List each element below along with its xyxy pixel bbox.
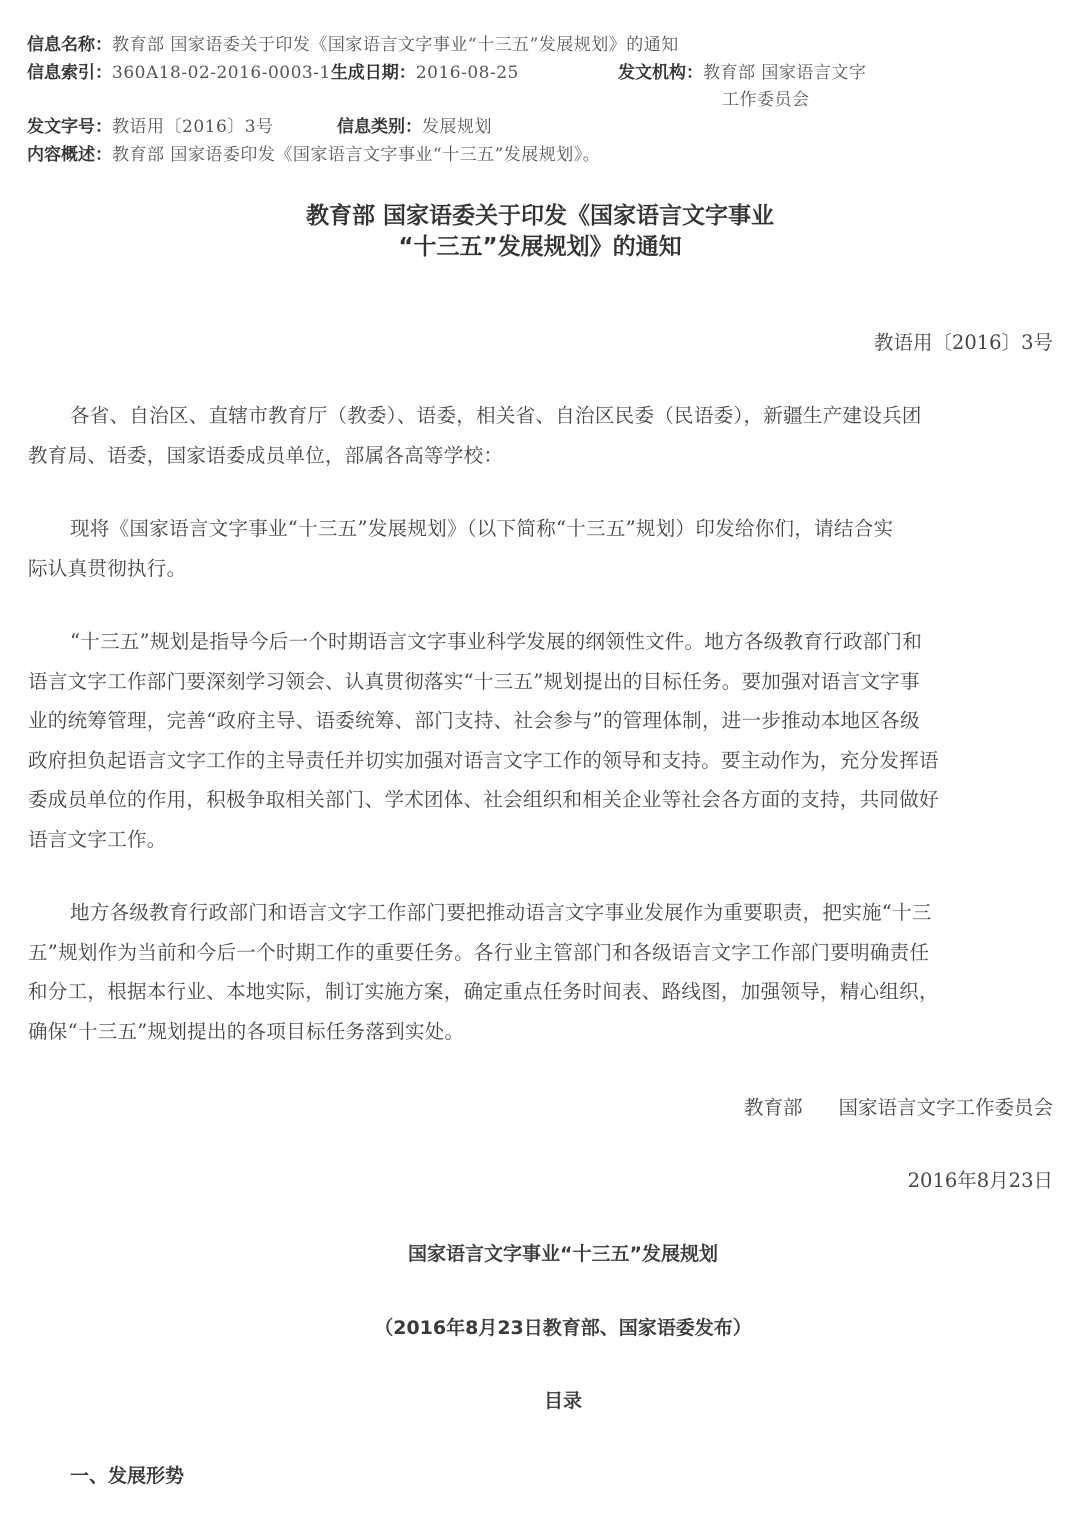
paragraph-addressees: 各省、自治区、直辖市教育厅（教委）、语委，相关省、自治区民委（民语委），新疆生产… [28,396,1054,475]
paragraph-line: “十三五”规划是指导今后一个时期语言文字事业科学发展的纲领性文件。地方各级教育行… [28,622,1054,662]
paragraph-line: 地方各级教育行政部门和语言文字工作部门要把推动语言文字事业发展作为重要职责，把实… [28,893,1054,933]
paragraph-line: 业的统筹管理，完善“政府主导、语委统筹、部门支持、社会参与”的管理体制，进一步推… [28,701,1054,741]
notice-date: 2016年8月23日 [908,1165,1053,1193]
meta-doc-number: 发文字号：教语用〔2016〕3号 [27,117,274,137]
signature-org1: 教育部 [744,1096,803,1119]
meta-info-name: 信息名称：教育部 国家语委关于印发《国家语言文字事业“十三五”发展规划》的通知 [27,35,679,55]
meta-label: 生成日期： [331,63,416,83]
meta-label: 内容概述： [27,145,112,165]
meta-issuing-agency-cont: 工作委员会 [722,90,810,110]
meta-label: 发文机构： [618,63,703,83]
notice-title-line2: “十三五”发展规划》的通知 [0,232,1080,263]
paragraph-line: 确保“十三五”规划提出的各项目标任务落到实处。 [28,1012,1054,1052]
meta-info-category: 信息类别：发展规划 [337,117,492,137]
meta-label: 信息索引： [27,63,112,83]
meta-value: 教育部 国家语言文字 [703,63,866,83]
meta-value: 发展规划 [422,117,492,137]
meta-label: 发文字号： [27,117,112,137]
meta-summary: 内容概述：教育部 国家语委印发《国家语言文字事业“十三五”发展规划》。 [27,145,600,165]
paragraph-guidance: “十三五”规划是指导今后一个时期语言文字事业科学发展的纲领性文件。地方各级教育行… [28,622,1054,859]
signature: 教育部国家语言文字工作委员会 [744,1092,1053,1120]
paragraph-line: 际认真贯彻执行。 [28,549,1054,589]
meta-value: 工作委员会 [722,90,810,110]
meta-info-index: 信息索引：360A18-02-2016-0003-1生成日期：2016-08-2… [27,63,519,83]
paragraph-line: 现将《国家语言文字事业“十三五”发展规划》（以下简称“十三五”规划）印发给你们，… [28,509,1054,549]
plan-title: 国家语言文字事业“十三五”发展规划 [0,1239,1080,1266]
meta-value: 教育部 国家语委关于印发《国家语言文字事业“十三五”发展规划》的通知 [112,35,679,55]
notice-doc-number: 教语用〔2016〕3号 [874,327,1053,355]
signature-org2: 国家语言文字工作委员会 [838,1096,1053,1119]
section-heading: 一、发展形势 [70,1461,184,1488]
plan-subtitle: （2016年8月23日教育部、国家语委发布） [0,1313,1080,1340]
paragraph-line: 语言文字工作。 [28,820,1054,860]
paragraph-issuance: 现将《国家语言文字事业“十三五”发展规划》（以下简称“十三五”规划）印发给你们，… [28,509,1054,588]
notice-title-line1: 教育部 国家语委关于印发《国家语言文字事业 [0,201,1080,232]
meta-label: 信息名称： [27,35,112,55]
meta-value: 360A18-02-2016-0003-1 [112,63,331,83]
paragraph-line: 和分工，根据本行业、本地实际，制订实施方案，确定重点任务时间表、路线图，加强领导… [28,972,1054,1012]
paragraph-line: 五”规划作为当前和今后一个时期工作的重要任务。各行业主管部门和各级语言文字工作部… [28,933,1054,973]
meta-value: 教语用〔2016〕3号 [112,117,274,137]
paragraph-line: 委成员单位的作用，积极争取相关部门、学术团体、社会组织和相关企业等社会各方面的支… [28,780,1054,820]
meta-issuing-agency: 发文机构：教育部 国家语言文字 [618,63,866,83]
meta-value: 教育部 国家语委印发《国家语言文字事业“十三五”发展规划》。 [112,145,600,165]
toc-heading: 目录 [0,1386,1080,1413]
paragraph-line: 语言文字工作部门要深刻学习领会、认真贯彻落实“十三五”规划提出的目标任务。要加强… [28,662,1054,702]
paragraph-line: 政府担负起语言文字工作的主导责任并切实加强对语言文字工作的领导和支持。要主动作为… [28,741,1054,781]
paragraph-line: 教育局、语委，国家语委成员单位，部属各高等学校： [28,436,1054,476]
paragraph-responsibilities: 地方各级教育行政部门和语言文字工作部门要把推动语言文字事业发展作为重要职责，把实… [28,893,1054,1051]
paragraph-line: 各省、自治区、直辖市教育厅（教委）、语委，相关省、自治区民委（民语委），新疆生产… [28,396,1054,436]
meta-label: 信息类别： [337,117,422,137]
meta-value: 2016-08-25 [416,63,519,83]
